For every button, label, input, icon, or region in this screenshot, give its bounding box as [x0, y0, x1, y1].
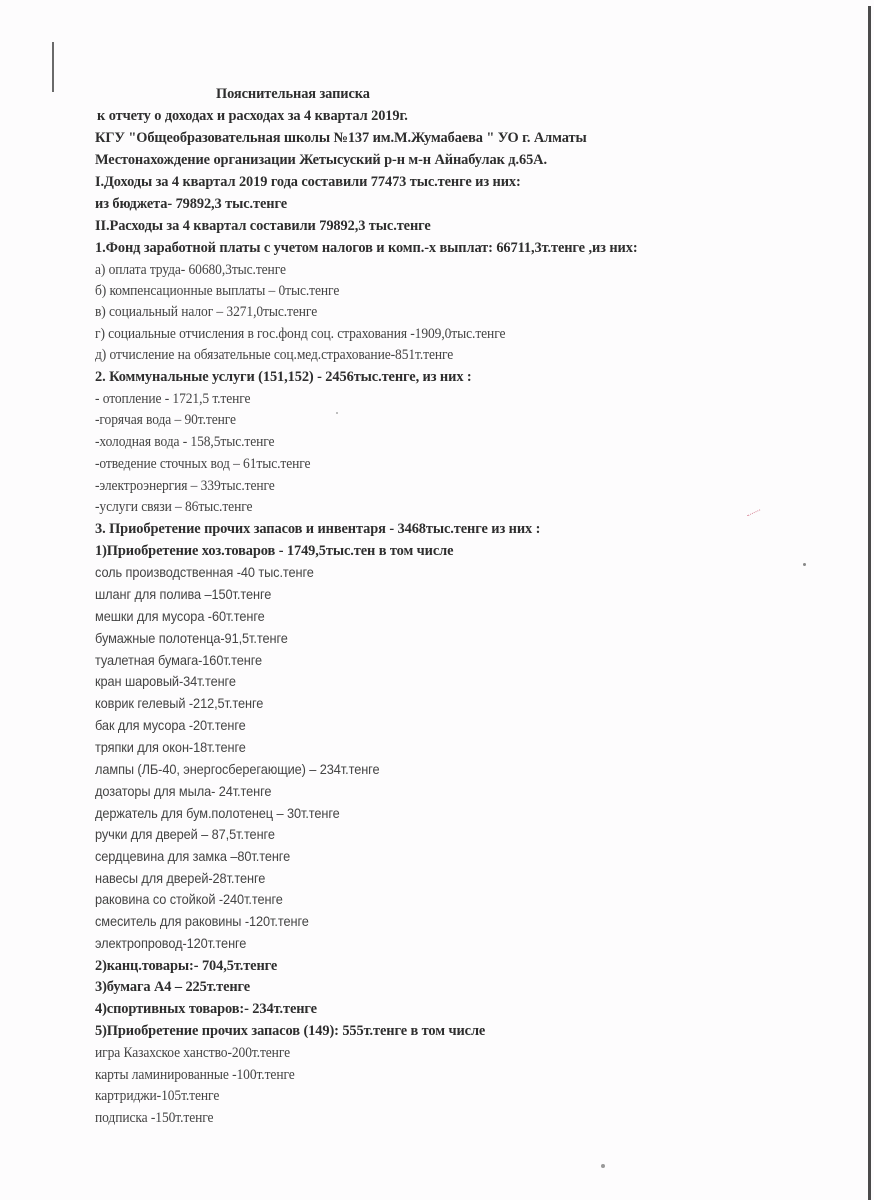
subsection-heading-other-supplies: 5)Приобретение прочих запасов (149): 555… — [95, 1021, 485, 1041]
list-item: шланг для полива –150т.тенге — [95, 585, 271, 605]
list-item: бак для мусора -20т.тенге — [95, 716, 246, 736]
list-item: б) компенсационные выплаты – 0тыс.тенге — [95, 281, 339, 301]
list-item: держатель для бум.полотенец – 30т.тенге — [95, 804, 340, 824]
list-item: -горячая вода – 90т.тенге — [95, 410, 236, 430]
section-heading-inventory: 3. Приобретение прочих запасов и инвента… — [95, 519, 540, 539]
list-item: бумажные полотенца-91,5т.тенге — [95, 629, 288, 649]
list-item: -услуги связи – 86тыс.тенге — [95, 497, 252, 517]
list-item: дозаторы для мыла- 24т.тенге — [95, 782, 271, 802]
document-subtitle: к отчету о доходах и расходах за 4 кварт… — [97, 106, 408, 126]
list-item: г) социальные отчисления в гос.фонд соц.… — [95, 324, 505, 344]
list-item: карты ламинированные -100т.тенге — [95, 1065, 295, 1085]
scan-dust-speck — [601, 1164, 605, 1168]
scan-page-edge — [868, 6, 871, 1200]
organization-name: КГУ "Общеобразовательная школы №137 им.М… — [95, 128, 587, 148]
section-heading-utilities: 2. Коммунальные услуги (151,152) - 2456т… — [95, 367, 472, 387]
scan-dust-speck — [336, 412, 338, 414]
scan-margin-mark — [52, 42, 54, 92]
list-item: электропровод-120т.тенге — [95, 934, 246, 954]
expenses-heading: II.Расходы за 4 квартал составили 79892,… — [95, 216, 431, 236]
scan-ink-speck — [747, 509, 763, 521]
list-item: мешки для мусора -60т.тенге — [95, 607, 265, 627]
list-item: - отопление - 1721,5 т.тенге — [95, 389, 250, 409]
subsection-heading-household: 1)Приобретение хоз.товаров - 1749,5тыс.т… — [95, 541, 453, 561]
list-item: навесы для дверей-28т.тенге — [95, 869, 265, 889]
scan-dust-speck — [803, 563, 806, 566]
list-item: -электроэнергия – 339тыс.тенге — [95, 476, 275, 496]
organization-location: Местонахождение организации Жетысуский р… — [95, 150, 547, 170]
list-item: в) социальный налог – 3271,0тыс.тенге — [95, 302, 317, 322]
list-item: туалетная бумага-160т.тенге — [95, 651, 262, 671]
list-item: сердцевина для замка –80т.тенге — [95, 847, 290, 867]
subsection-heading-sports: 4)спортивных товаров:- 234т.тенге — [95, 999, 317, 1019]
list-item: а) оплата труда- 60680,3тыс.тенге — [95, 260, 286, 280]
list-item: подписка -150т.тенге — [95, 1108, 213, 1128]
list-item: коврик гелевый -212,5т.тенге — [95, 694, 263, 714]
income-from-budget: из бюджета- 79892,3 тыс.тенге — [95, 194, 287, 214]
list-item: соль производственная -40 тыс.тенге — [95, 563, 314, 583]
subsection-heading-stationery: 2)канц.товары:- 704,5т.тенге — [95, 956, 277, 976]
income-heading: I.Доходы за 4 квартал 2019 года составил… — [95, 172, 521, 192]
list-item: тряпки для окон-18т.тенге — [95, 738, 246, 758]
list-item: ручки для дверей – 87,5т.тенге — [95, 825, 275, 845]
list-item: д) отчисление на обязательные соц.мед.ст… — [95, 345, 453, 365]
section-heading-payroll: 1.Фонд заработной платы с учетом налогов… — [95, 238, 638, 258]
list-item: -отведение сточных вод – 61тыс.тенге — [95, 454, 310, 474]
list-item: картриджи-105т.тенге — [95, 1086, 219, 1106]
list-item: кран шаровый-34т.тенге — [95, 672, 236, 692]
list-item: -холодная вода - 158,5тыс.тенге — [95, 432, 274, 452]
subsection-heading-paper: 3)бумага А4 – 225т.тенге — [95, 977, 250, 997]
list-item: лампы (ЛБ-40, энергосберегающие) – 234т.… — [95, 760, 379, 780]
list-item: смеситель для раковины -120т.тенге — [95, 912, 309, 932]
list-item: игра Казахское ханство-200т.тенге — [95, 1043, 290, 1063]
list-item: раковина со стойкой -240т.тенге — [95, 890, 283, 910]
document-title: Пояснительная записка — [216, 84, 370, 104]
